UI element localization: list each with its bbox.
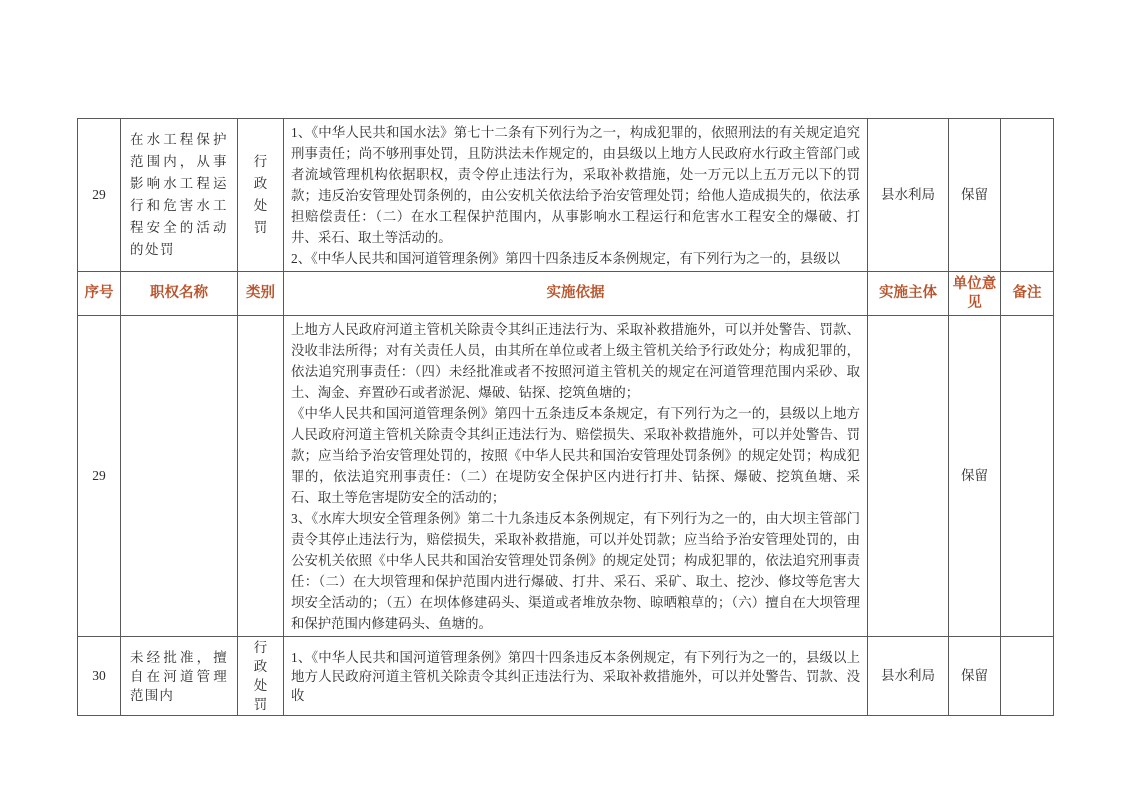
col-header-power-name: 职权名称: [121, 272, 238, 316]
cell-note: [1001, 316, 1054, 637]
cell-subject: 县水利局: [868, 119, 949, 272]
cell-note: [1001, 119, 1054, 272]
cell-seq: 30: [78, 637, 121, 716]
cell-unit-opinion: 保留: [949, 316, 1001, 637]
cell-seq: 29: [78, 316, 121, 637]
cell-power-name: 未经批准，擅自在河道管理范围内: [121, 637, 238, 716]
col-header-category: 类别: [238, 272, 284, 316]
table-header-row: 序号 职权名称 类别 实施依据 实施主体 单位意见 备注: [78, 272, 1054, 316]
cell-basis: 上地方人民政府河道主管机关除责令其纠正违法行为、采取补救措施外，可以并处警告、罚…: [284, 316, 868, 637]
col-header-unit-opinion: 单位意见: [949, 272, 1001, 316]
cell-basis: 1、《中华人民共和国水法》第七十二条有下列行为之一，构成犯罪的，依照刑法的有关规…: [284, 119, 868, 272]
table-row-29-lower: 29 上地方人民政府河道主管机关除责令其纠正违法行为、采取补救措施外，可以并处警…: [78, 316, 1054, 637]
col-header-implementing-body: 实施主体: [868, 272, 949, 316]
cell-unit-opinion: 保留: [949, 119, 1001, 272]
cell-power-name: [121, 316, 238, 637]
cell-unit-opinion: 保留: [949, 637, 1001, 716]
cell-note: [1001, 637, 1054, 716]
col-header-seq: 序号: [78, 272, 121, 316]
cell-basis: 1、《中华人民共和国河道管理条例》第四十四条违反本条例规定，有下列行为之一的，县…: [284, 637, 868, 716]
cell-subject: 县水利局: [868, 637, 949, 716]
col-header-basis: 实施依据: [284, 272, 868, 316]
cell-seq: 29: [78, 119, 121, 272]
table-row-30: 30 未经批准，擅自在河道管理范围内 行政处罚 1、《中华人民共和国河道管理条例…: [78, 637, 1054, 716]
power-list-table: 29 在水工程保护范围内，从事影响水工程运行和危害水工程安全的活动的处罚 行政处…: [77, 118, 1054, 716]
document-page: 29 在水工程保护范围内，从事影响水工程运行和危害水工程安全的活动的处罚 行政处…: [0, 0, 1122, 793]
cell-power-name: 在水工程保护范围内，从事影响水工程运行和危害水工程安全的活动的处罚: [121, 119, 238, 272]
col-header-remarks: 备注: [1001, 272, 1054, 316]
cell-category: [238, 316, 284, 637]
table-row-29-upper: 29 在水工程保护范围内，从事影响水工程运行和危害水工程安全的活动的处罚 行政处…: [78, 119, 1054, 272]
cell-category: 行政处罚: [238, 119, 284, 272]
cell-subject: [868, 316, 949, 637]
cell-category: 行政处罚: [238, 637, 284, 716]
